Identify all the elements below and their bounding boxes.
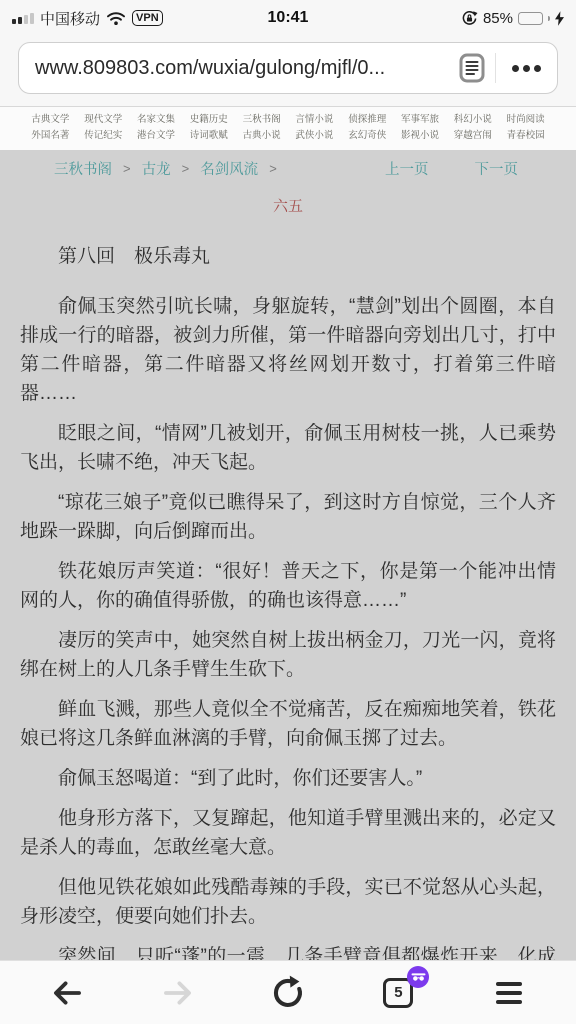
- chapter-paragraph: 但他见铁花娘如此残酷毒辣的手段，实已不觉怒从心头起，身形凌空，便要向她们扑去。: [20, 873, 556, 931]
- category-link[interactable]: 古典小说: [235, 128, 288, 144]
- category-link[interactable]: 名家文集: [130, 112, 183, 128]
- back-arrow-icon: [50, 976, 84, 1010]
- reload-icon: [270, 975, 306, 1011]
- menu-button[interactable]: [486, 970, 532, 1016]
- category-nav-row: 古典文学现代文学名家文集史籍历史三秋书阁言情小说侦探推理军事军旅科幻小说时尚阅读: [24, 112, 552, 128]
- vpn-badge: VPN: [132, 10, 163, 26]
- category-link[interactable]: 港台文学: [130, 128, 183, 144]
- chapter-paragraph: 铁花娘厉声笑道：“很好！普天之下，你是第一个能冲出情网的人，你的确值得骄傲，的确…: [20, 557, 556, 615]
- category-link[interactable]: 三秋书阁: [235, 112, 288, 128]
- breadcrumb-link[interactable]: 名剑风流: [200, 158, 258, 179]
- forward-arrow-icon: [161, 976, 195, 1010]
- pager: 上一页 下一页: [385, 158, 518, 179]
- chapter-paragraph: “琼花三娘子”竟似已瞧得呆了，到这时方自惊觉，三个人齐地跺一跺脚，向后倒蹿而出。: [20, 488, 556, 546]
- chapter-title: 第八回 极乐毒丸: [20, 242, 556, 271]
- carrier-label: 中国移动: [40, 8, 100, 29]
- bottom-toolbar: 5: [0, 960, 576, 1024]
- breadcrumb-separator: >: [182, 161, 190, 176]
- breadcrumb-link[interactable]: 三秋书阁: [54, 158, 112, 179]
- category-link[interactable]: 影视小说: [394, 128, 447, 144]
- category-link[interactable]: 外国名著: [24, 128, 77, 144]
- breadcrumb-separator: >: [123, 161, 131, 176]
- hamburger-menu-icon: [496, 982, 522, 1004]
- chapter-paragraph: 鲜血飞溅，那些人竟似全不觉痛苦，反在痴痴地笑着，铁花娘已将这几条鲜血淋漓的手臂，…: [20, 695, 556, 753]
- incognito-badge: [407, 966, 429, 988]
- breadcrumb-link[interactable]: 古龙: [142, 158, 171, 179]
- chapter-paragraph: 凄厉的笑声中，她突然自树上拔出柄金刀，刀光一闪，竟将绑在树上的人几条手臂生生砍下…: [20, 626, 556, 684]
- reader-mode-icon[interactable]: [459, 53, 485, 83]
- web-page: 古典文学现代文学名家文集史籍历史三秋书阁言情小说侦探推理军事军旅科幻小说时尚阅读…: [0, 107, 576, 960]
- tabs-button[interactable]: 5: [375, 970, 421, 1016]
- rotation-lock-icon: [461, 10, 478, 27]
- chapter-body: 俞佩玉突然引吭长啸，身躯旋转，“慧剑”划出个圆圈，本自排成一行的暗器，被剑力所催…: [20, 292, 556, 960]
- category-link[interactable]: 言情小说: [288, 112, 341, 128]
- url-text[interactable]: www.809803.com/wuxia/gulong/mjfl/0...: [35, 57, 459, 80]
- category-link[interactable]: 传记纪实: [77, 128, 130, 144]
- prev-page-link[interactable]: 上一页: [385, 158, 429, 179]
- category-link[interactable]: 武侠小说: [288, 128, 341, 144]
- charging-bolt-icon: [555, 11, 564, 26]
- status-bar: 10:41 中国移动 VPN 85%: [0, 0, 576, 36]
- more-options-button[interactable]: [506, 65, 547, 72]
- reload-button[interactable]: [265, 970, 311, 1016]
- category-nav-row: 外国名著传记纪实港台文学诗词歌赋古典小说武侠小说玄幻奇侠影视小说穿越宫闱青春校园: [24, 128, 552, 144]
- chapter-paragraph: 俞佩玉怒喝道：“到了此时，你们还要害人。”: [20, 764, 556, 793]
- category-link[interactable]: 玄幻奇侠: [341, 128, 394, 144]
- category-link[interactable]: 史籍历史: [182, 112, 235, 128]
- cell-signal-icon: [12, 12, 34, 24]
- chapter-paragraph: 眨眼之间，“情网”几被划开，俞佩玉用树枝一挑，人已乘势飞出，长啸不绝，冲天飞起。: [20, 419, 556, 477]
- incognito-mask-icon: [411, 971, 426, 982]
- chapter-content: 第八回 极乐毒丸 俞佩玉突然引吭长啸，身躯旋转，“慧剑”划出个圆圈，本自排成一行…: [0, 220, 576, 960]
- category-link[interactable]: 现代文学: [77, 112, 130, 128]
- forward-button[interactable]: [155, 970, 201, 1016]
- category-link[interactable]: 科幻小说: [446, 112, 499, 128]
- category-nav: 古典文学现代文学名家文集史籍历史三秋书阁言情小说侦探推理军事军旅科幻小说时尚阅读…: [0, 107, 576, 150]
- browser-window: 10:41 中国移动 VPN 85%: [0, 0, 576, 1024]
- category-link[interactable]: 侦探推理: [341, 112, 394, 128]
- battery-nub: [548, 16, 550, 21]
- chapter-paragraph: 俞佩玉突然引吭长啸，身躯旋转，“慧剑”划出个圆圈，本自排成一行的暗器，被剑力所催…: [20, 292, 556, 408]
- category-link[interactable]: 古典文学: [24, 112, 77, 128]
- category-link[interactable]: 军事军旅: [394, 112, 447, 128]
- category-link[interactable]: 时尚阅读: [499, 112, 552, 128]
- wifi-icon: [106, 11, 126, 26]
- section-number: 六五: [0, 183, 576, 220]
- breadcrumb-separator: >: [269, 161, 277, 176]
- category-link[interactable]: 穿越宫闱: [446, 128, 499, 144]
- category-link[interactable]: 青春校园: [499, 128, 552, 144]
- address-bar[interactable]: www.809803.com/wuxia/gulong/mjfl/0...: [18, 42, 558, 94]
- chapter-paragraph: 突然间，只听“蓬”的一震，几条手臂竟俱都爆炸开来，化成了一片惨不忍睹的血雾。: [20, 942, 556, 960]
- breadcrumb: 三秋书阁> 古龙> 名剑风流> 上一页 下一页: [0, 150, 576, 183]
- divider: [495, 53, 496, 83]
- chapter-area: 三秋书阁> 古龙> 名剑风流> 上一页 下一页 六五 第八回 极乐毒丸 俞佩玉突…: [0, 150, 576, 960]
- browser-chrome: www.809803.com/wuxia/gulong/mjfl/0...: [0, 36, 576, 107]
- back-button[interactable]: [44, 970, 90, 1016]
- chapter-paragraph: 他身形方落下，又复蹿起，他知道手臂里溅出来的，必定又是杀人的毒血，怎敢丝毫大意。: [20, 804, 556, 862]
- category-link[interactable]: 诗词歌赋: [182, 128, 235, 144]
- battery-percent-label: 85%: [483, 10, 513, 27]
- battery-icon: [518, 12, 543, 25]
- next-page-link[interactable]: 下一页: [475, 158, 519, 179]
